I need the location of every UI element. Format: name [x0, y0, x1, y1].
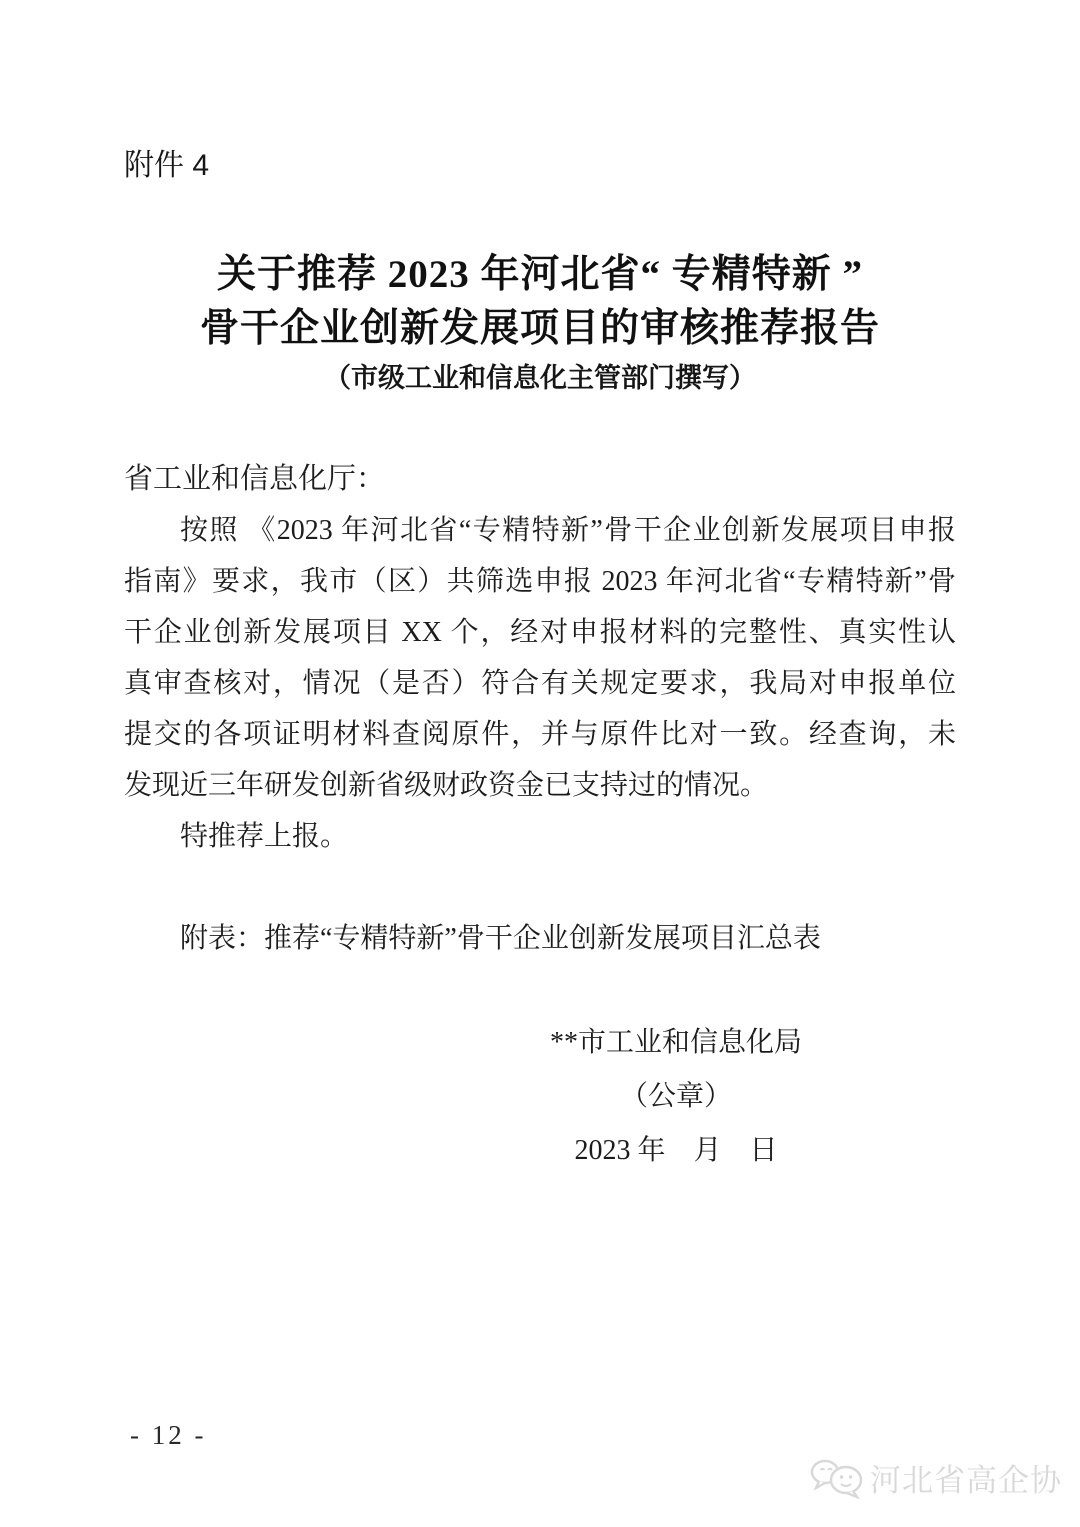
paragraph-line: 提交的各项证明材料查阅原件，并与原件比对一致。经查询，未 — [124, 709, 956, 760]
wechat-icon — [809, 1457, 865, 1499]
title-line-1: 关于推荐 2023 年河北省“ 专精特新 ” — [124, 248, 956, 302]
watermark: 河北省高企协 — [809, 1455, 1062, 1500]
closing-line: 特推荐上报。 — [124, 811, 956, 862]
paragraph-line: 按照 《2023 年河北省“专精特新”骨干企业创新发展项目申报 — [124, 505, 956, 556]
document-subtitle: （市级工业和信息化主管部门撰写） — [124, 358, 956, 398]
page-number: - 12 - — [130, 1420, 206, 1451]
document-title: 关于推荐 2023 年河北省“ 专精特新 ” 骨干企业创新发展项目的审核推荐报告 — [124, 248, 956, 356]
paragraph-line: 指南》要求，我市（区）共筛选申报 2023 年河北省“专精特新”骨 — [124, 556, 956, 607]
paragraph-line: 干企业创新发展项目 XX 个，经对申报材料的完整性、真实性认 — [124, 607, 956, 658]
salutation-line: 省工业和信息化厅： — [124, 454, 956, 505]
document-page: 附件 4 关于推荐 2023 年河北省“ 专精特新 ” 骨干企业创新发展项目的审… — [0, 0, 1080, 1527]
signature-date: 2023 年 月 日 — [520, 1124, 832, 1178]
signature-org: **市工业和信息化局 — [520, 1016, 832, 1070]
watermark-text: 河北省高企协 — [870, 1455, 1062, 1500]
body-paragraph: 按照 《2023 年河北省“专精特新”骨干企业创新发展项目申报 指南》要求，我市… — [124, 505, 956, 811]
signature-block: **市工业和信息化局 （公章） 2023 年 月 日 — [520, 1016, 832, 1178]
title-line-2: 骨干企业创新发展项目的审核推荐报告 — [124, 302, 956, 356]
attachment-note: 附表：推荐“专精特新”骨干企业创新发展项目汇总表 — [124, 913, 956, 964]
paragraph-line: 真审查核对，情况（是否）符合有关规定要求，我局对申报单位 — [124, 658, 956, 709]
paragraph-line: 发现近三年研发创新省级财政资金已支持过的情况。 — [124, 760, 956, 811]
attachment-label: 附件 4 — [124, 148, 1080, 184]
signature-seal: （公章） — [520, 1070, 832, 1124]
